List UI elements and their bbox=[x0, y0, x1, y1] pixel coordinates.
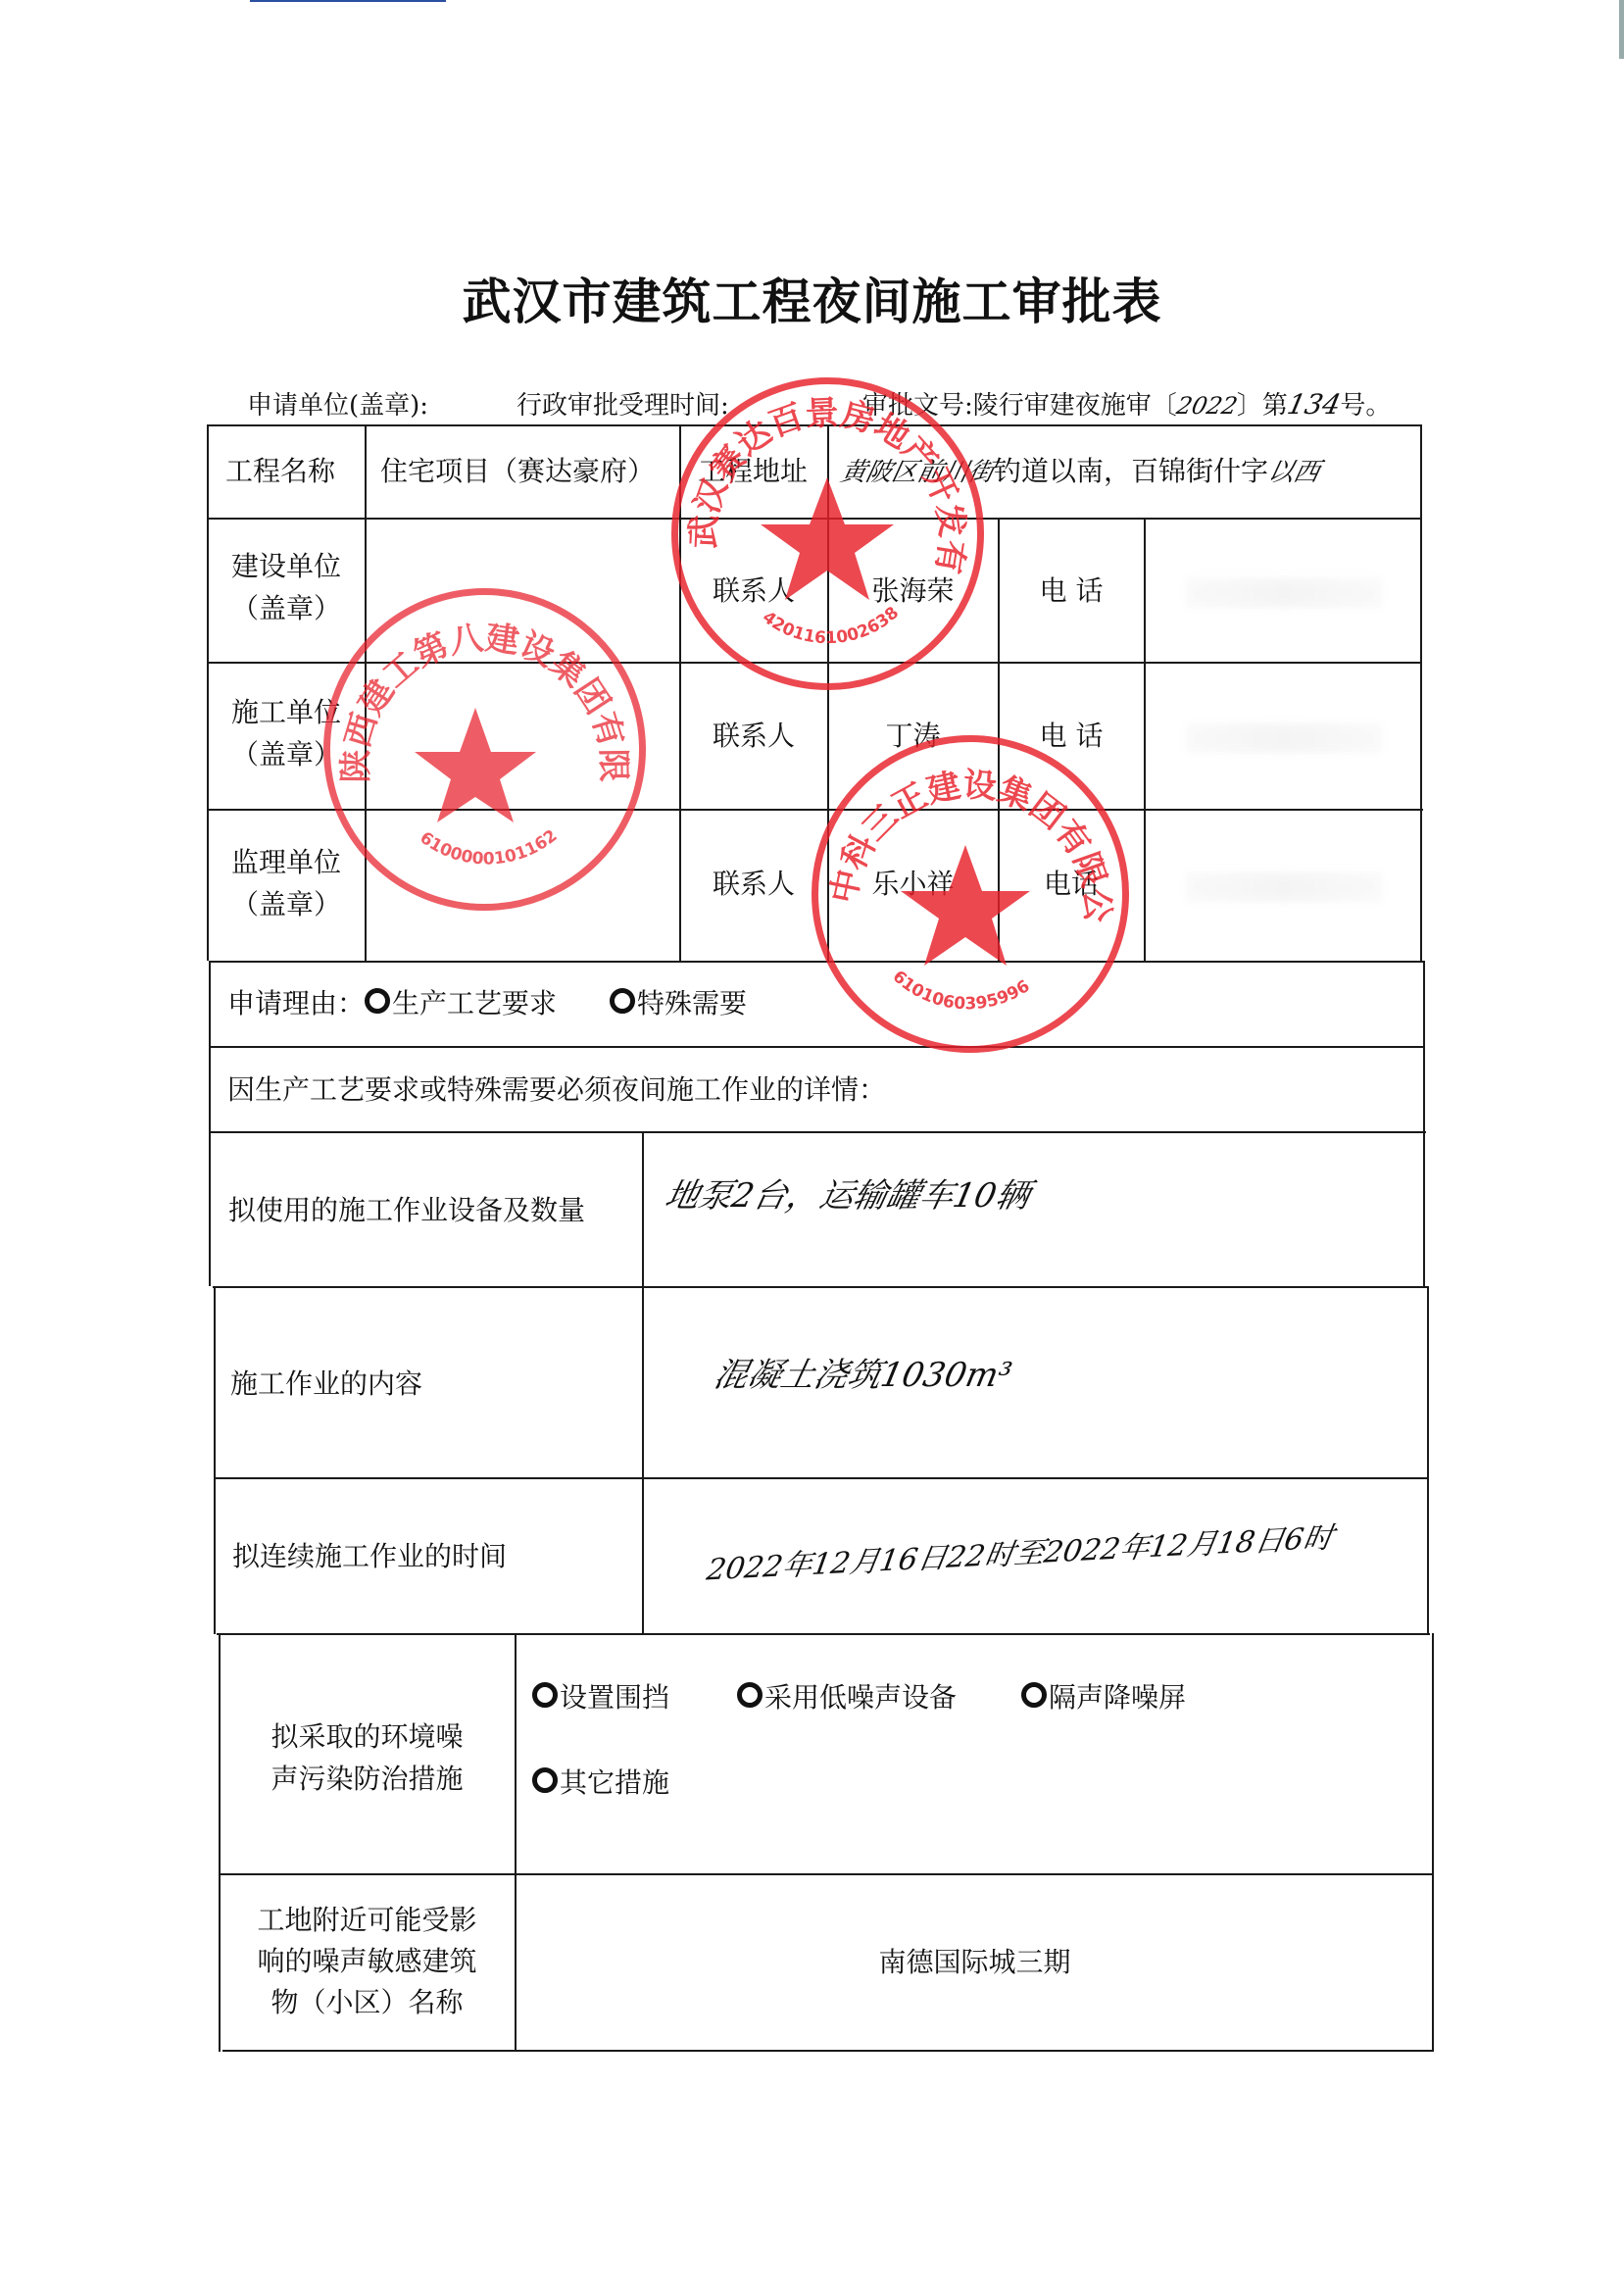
svg-text:6100000101162: 6100000101162 bbox=[416, 826, 561, 870]
noise-measures-label: 拟采取的环境噪声污染防治措施 bbox=[220, 1715, 515, 1801]
phone-value-redacted bbox=[1186, 872, 1382, 902]
radio-icon bbox=[737, 1682, 763, 1708]
radio-icon bbox=[1021, 1682, 1047, 1708]
phone-label: 电 话 bbox=[999, 570, 1144, 612]
noise-option-sound-barrier[interactable]: 隔声降噪屏 bbox=[1021, 1676, 1186, 1718]
reason-option-production[interactable]: 生产工艺要求 bbox=[365, 987, 557, 1019]
details-label: 因生产工艺要求或特殊需要必须夜间施工作业的详情： bbox=[227, 1069, 886, 1111]
scan-edge-artifact bbox=[250, 0, 446, 2]
equipment-value: 地泵2台，运输罐车10辆 bbox=[662, 1168, 1035, 1217]
radio-icon bbox=[610, 988, 635, 1014]
radio-icon bbox=[532, 1767, 558, 1793]
noise-option-fence[interactable]: 设置围挡 bbox=[532, 1676, 669, 1718]
reason-label: 申请理由： bbox=[227, 987, 365, 1019]
svg-text:6101060395996: 6101060395996 bbox=[889, 967, 1034, 1014]
doc-no-mid: 〕第 bbox=[1237, 391, 1288, 421]
reason-option-special[interactable]: 特殊需要 bbox=[610, 987, 747, 1019]
seal-star-icon bbox=[901, 845, 1030, 966]
radio-icon bbox=[365, 988, 390, 1014]
reason-row: 申请理由：生产工艺要求特殊需要 bbox=[227, 982, 747, 1024]
scan-edge-artifact bbox=[1619, 0, 1624, 59]
address-printed: 钓道以南，百锦街什字 bbox=[994, 455, 1268, 487]
content-label: 施工作业的内容 bbox=[230, 1363, 422, 1405]
sensitive-buildings-label: 工地附近可能受影响的噪声敏感建筑物（小区）名称 bbox=[220, 1900, 515, 2023]
address-handwritten-suffix: 以西 bbox=[1264, 453, 1324, 492]
phone-value-redacted bbox=[1186, 723, 1382, 753]
seal-star-icon bbox=[761, 477, 894, 600]
doc-no-suffix: 号。 bbox=[1340, 391, 1391, 421]
radio-icon bbox=[532, 1682, 558, 1708]
doc-no-year: 2022 bbox=[1174, 392, 1240, 420]
period-label: 拟连续施工作业的时间 bbox=[232, 1535, 507, 1577]
seal-supervisor: 中科三正建设集团有限公司 6101060395996 bbox=[812, 735, 1129, 1053]
noise-option-other[interactable]: 其它措施 bbox=[532, 1762, 669, 1804]
period-value: 2022年12月16日22时至2022年12月18日6时 bbox=[704, 1513, 1337, 1588]
project-name-value: 住宅项目（赛达豪府） bbox=[380, 450, 655, 492]
seal-developer: 武汉赛达百景房地产开发有限公司 4201161002638 7 bbox=[671, 377, 984, 690]
seal-star-icon bbox=[415, 708, 536, 822]
noise-option-low-noise-equipment[interactable]: 采用低噪声设备 bbox=[737, 1676, 957, 1718]
content-value: 混凝土浇筑1030m³ bbox=[711, 1348, 1017, 1396]
phone-value-redacted bbox=[1186, 578, 1382, 608]
seal-contractor: 陕西建工第八建设集团有限公司 6100000101162 bbox=[323, 588, 646, 911]
doc-no-number: 134 bbox=[1284, 388, 1343, 421]
equipment-label: 拟使用的施工作业设备及数量 bbox=[228, 1189, 585, 1231]
form-title: 武汉市建筑工程夜间施工审批表 bbox=[0, 263, 1624, 333]
contact-label: 联系人 bbox=[680, 715, 827, 757]
contact-label: 联系人 bbox=[680, 863, 827, 905]
sensitive-buildings-value: 南德国际城三期 bbox=[517, 1941, 1433, 1983]
project-name-label: 工程名称 bbox=[225, 450, 335, 492]
applicant-label: 申请单位(盖章): bbox=[247, 385, 428, 422]
